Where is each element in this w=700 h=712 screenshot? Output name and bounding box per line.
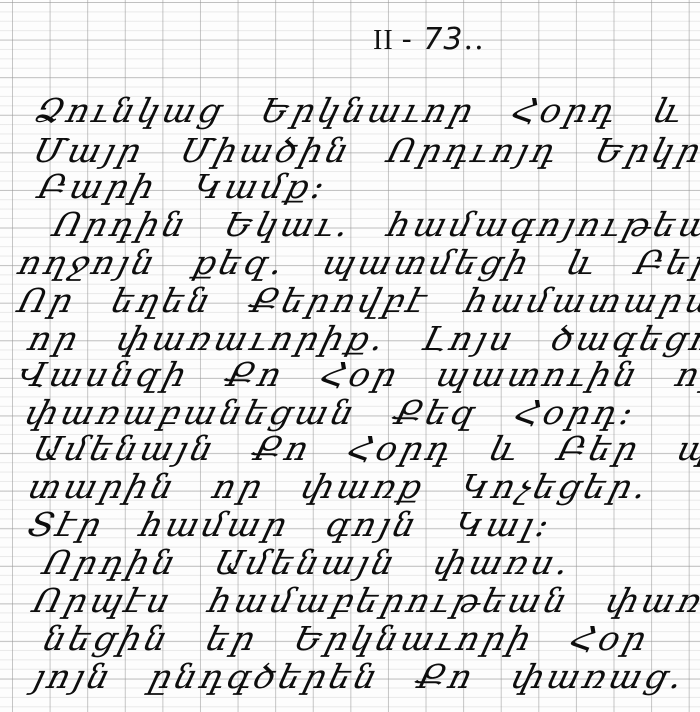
grid-paper-page: II- 73.. Ձունկաց Երկնաւոր Հօրդ և Մայր Մի… [0,0,700,712]
handwritten-line: յոյն ընդգծերեն Քո փառաց. [30,660,689,693]
handwritten-line: փառաբանեցան Քեզ Հօրդ: [22,396,639,429]
handwritten-line: Որդին Եկաւ. համագոյութեան [50,208,700,241]
handwritten-line: ողջոյն քեզ. պատմեցի և Բեր [15,246,700,279]
handwritten-line: Վասնզի Քո Հօր պատուին որք [15,358,700,391]
handwritten-line: Մայր Միածին Որդւոյդ Երկրաւոր [30,134,700,167]
handwritten-line: տարին որ փառք Կոչեցեր. [25,470,653,503]
handwritten-line: Ամենայն Քո Հօրդ և Բեր պա- [30,432,700,465]
handwritten-line: Տէր համար գոյն Կալ: [25,508,555,541]
handwritten-line: Որդին Ամենայն փառս. [40,546,575,579]
handwritten-text-body: Ձունկաց Երկնաւոր Հօրդ և Մայր Միածին Որդւ… [0,0,700,712]
handwritten-line: Որ եղեն Քերովբէ համատարած [15,284,700,317]
handwritten-line: Որպէս համաբերութեան փառաբա- [30,584,700,617]
handwritten-line: Բարի Կամք: [35,170,331,203]
handwritten-line: նեցին եր Երկնաւորի Հօր [40,622,653,655]
handwritten-line: Ձունկաց Երկնաւոր Հօրդ և [32,94,689,127]
handwritten-line: որ փառաւորիք. Լոյս ծագեցուր. [25,322,700,355]
